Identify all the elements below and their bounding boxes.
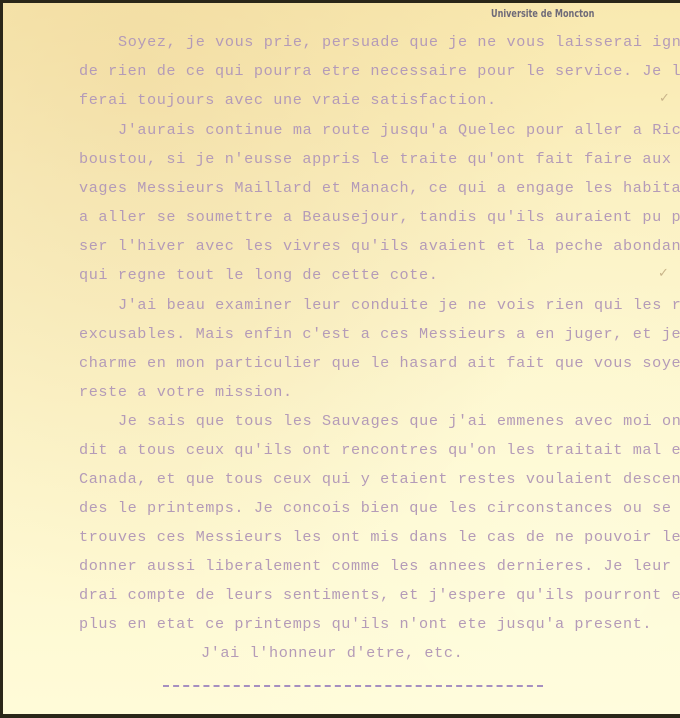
text-line: Soyez, je vous prie, persuade que je ne … [118,33,680,51]
text-line: donner aussi liberalement comme les anne… [79,557,680,575]
check-mark-icon: ✓ [659,91,670,106]
text-line: Je sais que tous les Sauvages que j'ai e… [118,412,680,430]
text-line: reste a votre mission. [79,383,293,401]
text-line: Canada, et que tous ceux qui y etaient r… [79,470,680,488]
text-line: J'aurais continue ma route jusqu'a Quele… [118,121,680,139]
text-line: qui regne tout le long de cette cote. [79,266,438,284]
text-line: boustou, si je n'eusse appris le traite … [79,150,680,168]
check-mark-icon: ✓ [658,266,669,281]
text-line: des le printemps. Je concois bien que le… [79,499,680,517]
institution-stamp: Universite de Moncton [491,7,594,20]
document-page: Universite de Moncton Soyez, je vous pri… [3,3,680,714]
text-line: J'ai beau examiner leur conduite je ne v… [118,296,680,314]
dashed-separator [163,685,543,687]
text-line: excusables. Mais enfin c'est a ces Messi… [79,325,680,343]
text-line: de rien de ce qui pourra etre necessaire… [79,62,680,80]
text-line: vages Messieurs Maillard et Manach, ce q… [79,179,680,197]
text-line: plus en etat ce printemps qu'ils n'ont e… [79,615,652,633]
text-line: a aller se soumettre a Beausejour, tandi… [79,208,680,226]
text-line: charme en mon particulier que le hasard … [79,354,680,372]
closing-line: J'ai l'honneur d'etre, etc. [201,644,463,662]
text-line: ser l'hiver avec les vivres qu'ils avaie… [79,237,680,255]
text-line: drai compte de leurs sentiments, et j'es… [79,586,680,604]
text-line: dit a tous ceux qu'ils ont rencontres qu… [79,441,680,459]
text-line: ferai toujours avec une vraie satisfacti… [79,91,497,109]
text-line: trouves ces Messieurs les ont mis dans l… [79,528,680,546]
